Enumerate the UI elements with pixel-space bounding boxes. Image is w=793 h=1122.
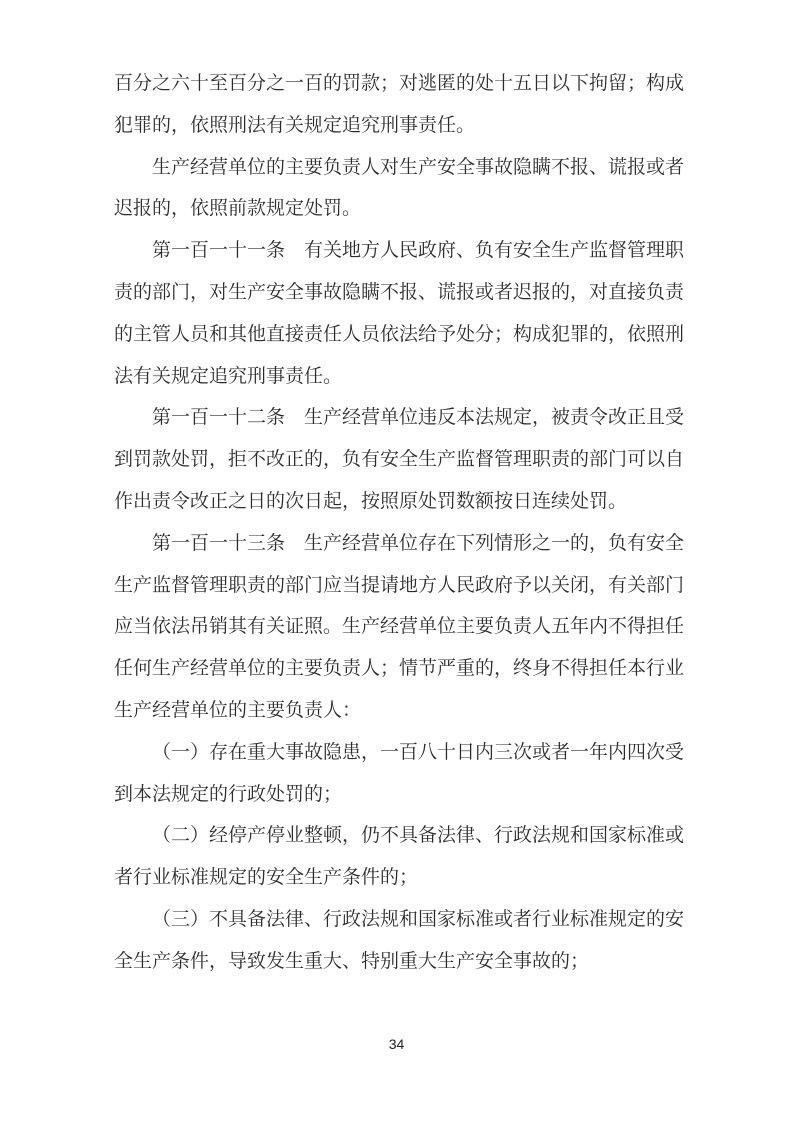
- paragraph: 百分之六十至百分之一百的罚款；对逃匿的处十五日以下拘留；构成犯罪的，依照刑法有关…: [114, 63, 684, 147]
- page-number: 34: [0, 1036, 793, 1052]
- text-block: 百分之六十至百分之一百的罚款；对逃匿的处十五日以下拘留；构成犯罪的，依照刑法有关…: [114, 63, 684, 983]
- paragraph: （三）不具备法律、行政法规和国家标准或者行业标准规定的安全生产条件，导致发生重大…: [114, 899, 684, 983]
- document-page: 百分之六十至百分之一百的罚款；对逃匿的处十五日以下拘留；构成犯罪的，依照刑法有关…: [0, 0, 793, 1122]
- paragraph: 生产经营单位的主要负责人对生产安全事故隐瞒不报、谎报或者迟报的，依照前款规定处罚…: [114, 147, 684, 231]
- paragraph: （一）存在重大事故隐患，一百八十日内三次或者一年内四次受到本法规定的行政处罚的；: [114, 732, 684, 816]
- paragraph: 第一百一十一条 有关地方人民政府、负有安全生产监督管理职责的部门，对生产安全事故…: [114, 230, 684, 397]
- paragraph: （二）经停产停业整顿，仍不具备法律、行政法规和国家标准或者行业标准规定的安全生产…: [114, 815, 684, 899]
- paragraph: 第一百一十二条 生产经营单位违反本法规定，被责令改正且受到罚款处罚，拒不改正的，…: [114, 397, 684, 522]
- paragraph: 第一百一十三条 生产经营单位存在下列情形之一的，负有安全生产监督管理职责的部门应…: [114, 523, 684, 732]
